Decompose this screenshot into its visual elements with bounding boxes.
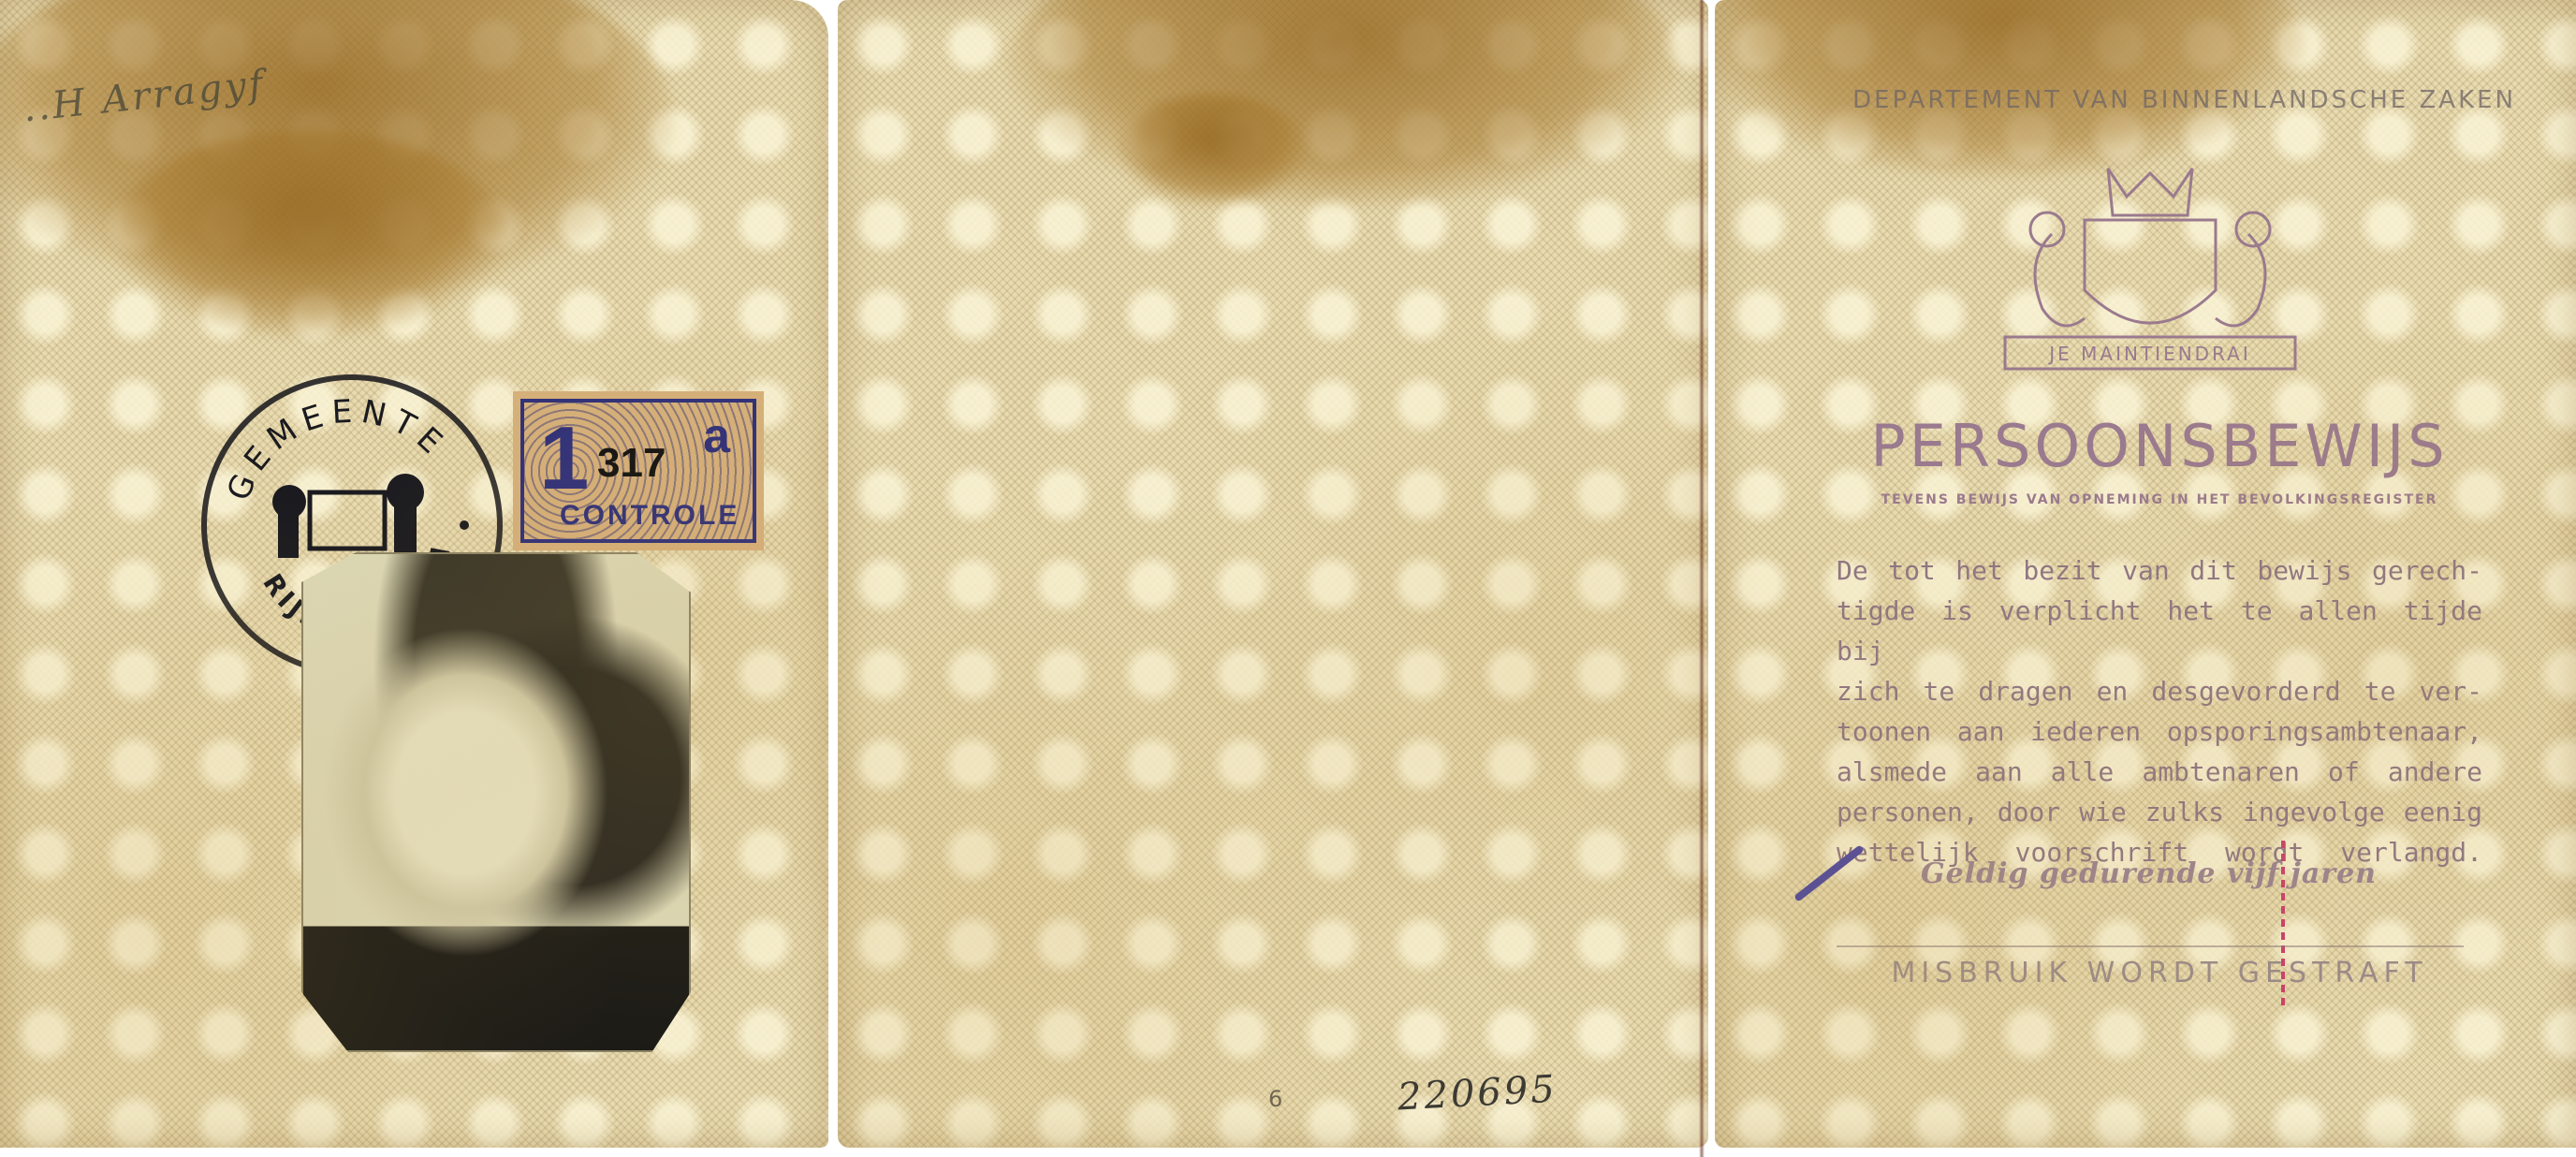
fold-crease [1699, 0, 1705, 1157]
page-number: 6 [1268, 1086, 1282, 1112]
document-title: PERSOONSBEWIJS [1837, 412, 2482, 480]
document-subtitle: TEVENS BEWIJS VAN OPNEMING IN HET BEVOLK… [1837, 492, 2482, 507]
department-header: DEPARTEMENT VAN BINNENLANDSCHE ZAKEN [1808, 86, 2516, 114]
water-stain [0, 0, 674, 300]
stamp-label: CONTROLE [560, 500, 739, 532]
portrait-photo: black and white portrait of a young woma… [301, 552, 691, 1052]
instructions-text: De tot het bezit van dit bewijs gerech- … [1837, 550, 2482, 872]
instruction-line: tigde is verplicht het te allen tijde bi… [1837, 591, 2482, 671]
instruction-line: De tot het bezit van dit bewijs gerech- [1837, 550, 2482, 591]
right-page: DEPARTEMENT VAN BINNENLANDSCHE ZAKEN JE … [1715, 0, 2576, 1148]
revenue-stamp: 1 317 a CONTROLE [513, 391, 764, 550]
instruction-line: toonen aan iederen opsporingsambtenaar, [1837, 711, 2482, 752]
warning-text: MISBRUIK WORDT GESTRAFT [1837, 957, 2482, 989]
instruction-line: alsmede aan alle ambtenaren of andere [1837, 752, 2482, 792]
water-stain [1006, 0, 1680, 206]
water-stain [112, 131, 505, 337]
handwritten-signature: ..H Arragyf [21, 63, 267, 131]
coat-of-arms-icon: JE MAINTIENDRAI [1996, 150, 2305, 384]
water-stain [1119, 94, 1306, 206]
instruction-line: zich te dragen en desgevorderd te ver- [1837, 671, 2482, 711]
serial-number: 220695 [1397, 1068, 1559, 1120]
divider [1837, 945, 2464, 947]
motto: JE MAINTIENDRAI [2047, 343, 2250, 365]
middle-page: 6 220695 [838, 0, 1708, 1148]
stamp-denomination: 1 [539, 414, 589, 504]
instruction-line: personen, door wie zulks ingevolge eenig [1837, 792, 2482, 832]
left-page: ..H Arragyf GEMEENTE RIJSWIJK (Z.H.) 1 3… [0, 0, 828, 1148]
stamp-letter: a [703, 408, 730, 464]
validity-text: Geldig gedurende vijf jaren [1921, 857, 2377, 890]
stamp-overprint: 317 [597, 440, 666, 487]
pen-mark [1793, 844, 1865, 902]
